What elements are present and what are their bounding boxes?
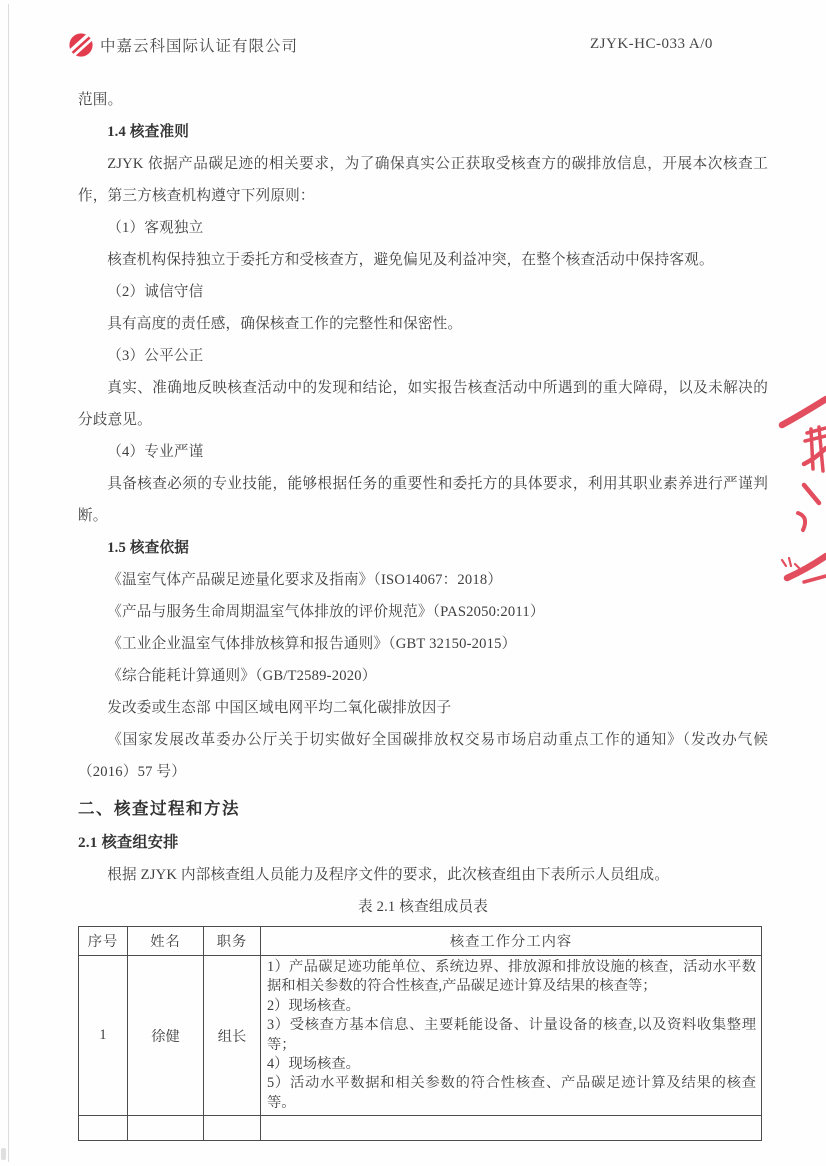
col-header-duties: 核查工作分工内容: [261, 927, 762, 956]
reference-item: 发改委或生态部 中国区域电网平均二氧化碳排放因子: [78, 692, 768, 724]
paragraph: 根据 ZJYK 内部核查组人员能力及程序文件的要求，此次核查组由下表所示人员组成…: [78, 859, 768, 891]
duty-item: 4）现场核查。: [267, 1055, 756, 1074]
cell-role: 组长: [204, 956, 261, 1116]
duty-item: 1）产品碳足迹功能单位、系统边界、排放源和排放设施的核查，活动水平数据和相关参数…: [267, 958, 756, 997]
table-row: 1 徐健 组长 1）产品碳足迹功能单位、系统边界、排放源和排放设施的核查，活动水…: [79, 956, 762, 1116]
cell-name: [128, 1116, 204, 1141]
table-header-row: 序号 姓名 职务 核查工作分工内容: [79, 927, 762, 956]
principle-1-title: （1）客观独立: [78, 212, 768, 244]
scan-edge-line: [8, 4, 9, 1162]
company-logo-icon: [66, 30, 96, 60]
principle-1-body: 核查机构保持独立于委托方和受核查方，避免偏见及利益冲突，在整个核查活动中保持客观…: [78, 244, 768, 276]
cell-duties: [261, 1116, 762, 1141]
company-name: 中嘉云科国际认证有限公司: [100, 34, 298, 56]
duty-item: 5）活动水平数据和相关参数的符合性核查、产品碳足迹计算及结果的核查等。: [267, 1074, 756, 1113]
heading-1-5: 1.5 核查依据: [78, 532, 768, 564]
principle-2-title: （2）诚信守信: [78, 276, 768, 308]
col-header-no: 序号: [79, 927, 128, 956]
cell-name: 徐健: [128, 956, 204, 1116]
red-stamp-fragment-icon: [774, 384, 826, 586]
duty-item: 2）现场核查。: [267, 997, 756, 1016]
reference-item: 《产品与服务生命周期温室气体排放的评价规范》（PAS2050:2011）: [78, 596, 768, 628]
paragraph-continuation: 范围。: [78, 84, 768, 116]
table-row-empty: [79, 1116, 762, 1141]
section-heading-2: 二、核查过程和方法: [78, 792, 768, 826]
heading-1-4: 1.4 核查准则: [78, 116, 768, 148]
verification-team-table: 序号 姓名 职务 核查工作分工内容 1 徐健 组长 1）产品碳足迹功能单位、系统…: [78, 926, 762, 1141]
page-header: 中嘉云科国际认证有限公司 ZJYK-HC-033 A/0: [66, 30, 766, 62]
principle-4-body: 具备核查必须的专业技能，能够根据任务的重要性和委托方的具体要求，利用其职业素养进…: [78, 468, 768, 532]
principle-3-title: （3）公平公正: [78, 340, 768, 372]
cell-role: [204, 1116, 261, 1141]
duty-item: 3）受核查方基本信息、主要耗能设备、计量设备的核查,以及资料收集整理等；: [267, 1016, 756, 1055]
reference-item: 《国家发展改革委办公厅关于切实做好全国碳排放权交易市场启动重点工作的通知》（发改…: [78, 724, 768, 788]
paragraph: ZJYK 依据产品碳足迹的相关要求，为了确保真实公正获取受核查方的碳排放信息，开…: [78, 148, 768, 212]
cell-no: 1: [79, 956, 128, 1116]
reference-item: 《温室气体产品碳足迹量化要求及指南》（ISO14067：2018）: [78, 564, 768, 596]
col-header-role: 职务: [204, 927, 261, 956]
scanned-document-page: 中嘉云科国际认证有限公司 ZJYK-HC-033 A/0 范围。 1.4 核查准…: [0, 0, 826, 1166]
col-header-name: 姓名: [128, 927, 204, 956]
reference-item: 《综合能耗计算通则》（GB/T2589-2020）: [78, 660, 768, 692]
cell-duties: 1）产品碳足迹功能单位、系统边界、排放源和排放设施的核查，活动水平数据和相关参数…: [261, 956, 762, 1116]
cell-no: [79, 1116, 128, 1141]
principle-2-body: 具有高度的责任感，确保核查工作的完整性和保密性。: [78, 308, 768, 340]
table-caption: 表 2.1 核查组成员表: [78, 891, 768, 923]
scan-artifact: [1, 1148, 6, 1160]
principle-4-title: （4）专业严谨: [78, 436, 768, 468]
document-number: ZJYK-HC-033 A/0: [590, 36, 713, 53]
document-body: 范围。 1.4 核查准则 ZJYK 依据产品碳足迹的相关要求，为了确保真实公正获…: [78, 84, 768, 1141]
reference-item: 《工业企业温室气体排放核算和报告通则》（GBT 32150-2015）: [78, 628, 768, 660]
principle-3-body: 真实、准确地反映核查活动中的发现和结论，如实报告核查活动中所遇到的重大障碍，以及…: [78, 372, 768, 436]
heading-2-1: 2.1 核查组安排: [78, 826, 768, 859]
